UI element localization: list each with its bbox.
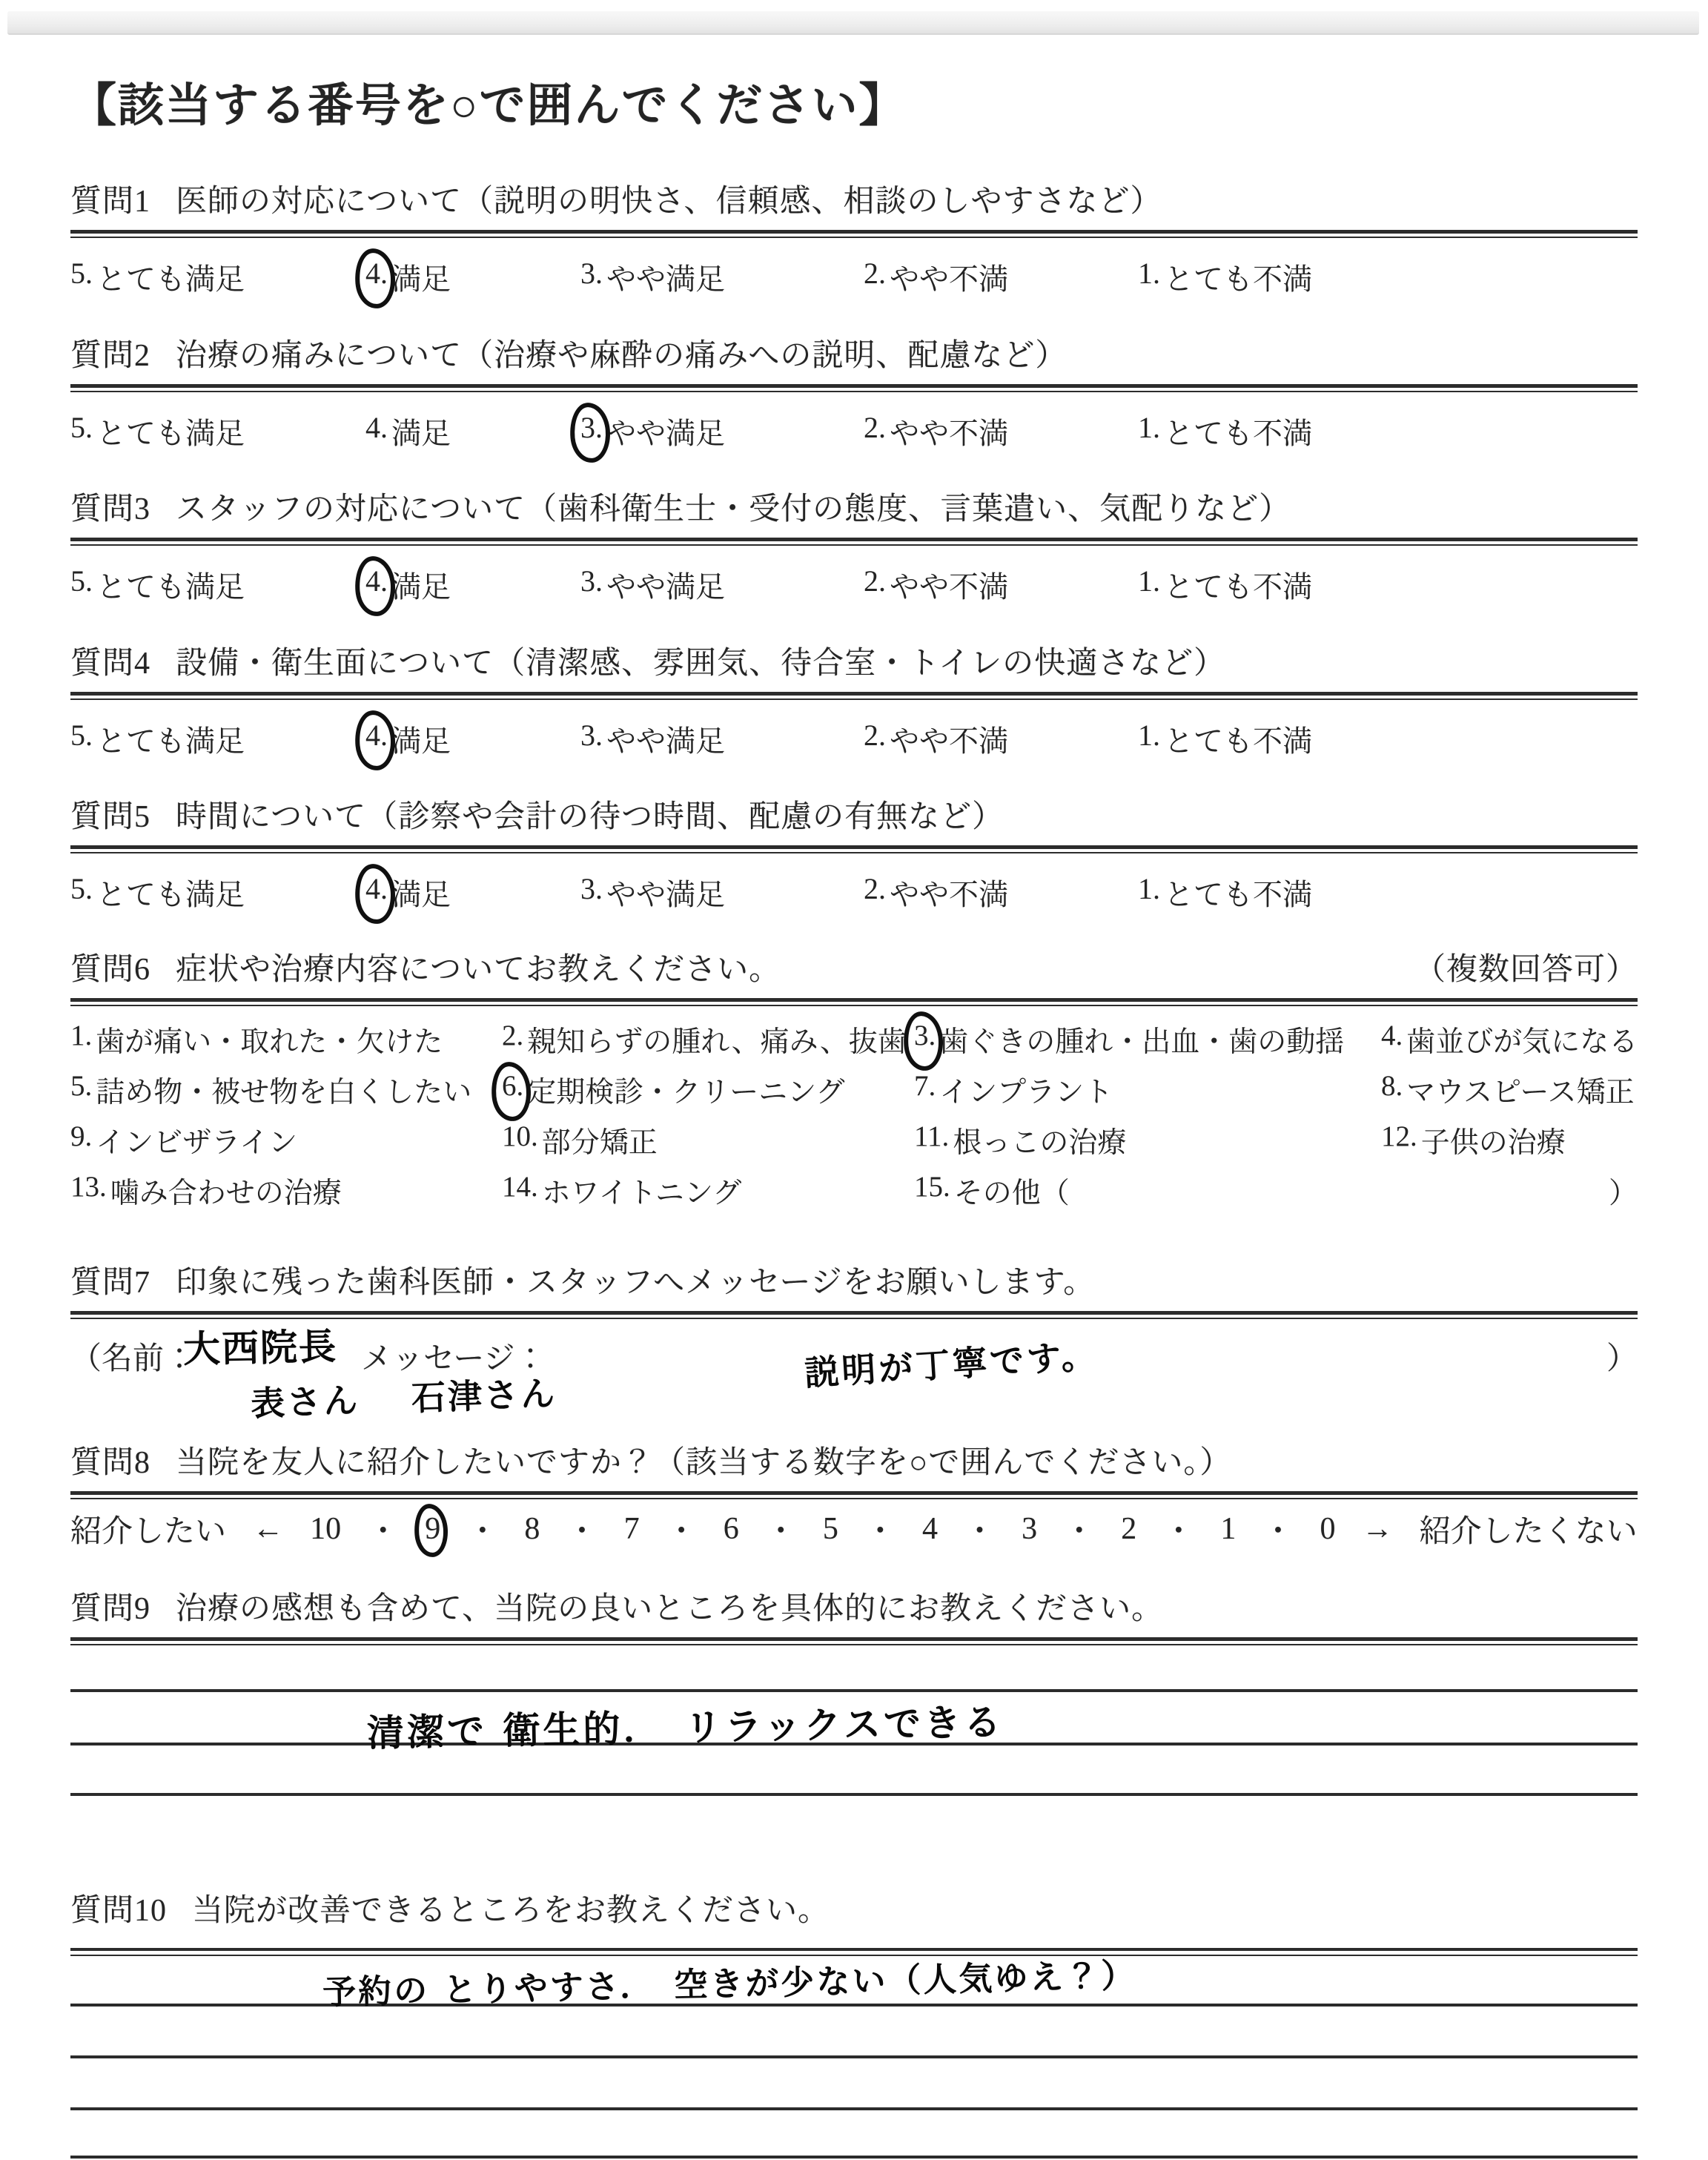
- option-label: ホワイトニング: [542, 1170, 742, 1212]
- nps-number: 7: [624, 1511, 640, 1547]
- rating-option: 5.とても満足: [70, 871, 245, 914]
- option-label: 子供の治療: [1421, 1120, 1566, 1161]
- checkbox-option: 1.歯が痛い・取れた・欠けた: [70, 1019, 443, 1060]
- option-number: 1.: [1138, 410, 1160, 452]
- option-label: 歯並びが気になる: [1406, 1019, 1638, 1060]
- question-5-heading: 質問5 時間について（診察や会計の待つ時間、配慮の有無など）: [70, 795, 1638, 836]
- rating-option-selected: 4.満足: [365, 718, 451, 760]
- question-4-label: 質問4: [70, 638, 150, 683]
- question-8-text: 当院を友人に紹介したいですか？（該当する数字を○で囲んでください。）: [176, 1438, 1231, 1482]
- option-number: 4.: [1381, 1019, 1403, 1060]
- hand-circle-mark: 3.: [580, 410, 603, 452]
- option-number: 14.: [502, 1170, 538, 1212]
- q1-rating-row: 5.とても満足 4.満足 3.やや満足 2.やや不満 1.とても不満: [70, 256, 1638, 300]
- scan-artifact-band: [7, 11, 1699, 35]
- rating-option: 1.とても不満: [1138, 718, 1312, 760]
- answer-line: [70, 2004, 1638, 2007]
- option-label: 噛み合わせの治療: [110, 1170, 342, 1212]
- question-rule: [70, 998, 1638, 1006]
- q6-options-grid: 1.歯が痛い・取れた・欠けた 2.親知らずの腫れ、痛み、抜歯 3.歯ぐきの腫れ・…: [70, 1019, 1638, 1221]
- option-number: 13.: [70, 1170, 107, 1212]
- question-10-heading: 質問10 当院が改善できるところをお教えください。: [70, 1889, 1638, 1930]
- checkbox-option: 9.インビザライン: [70, 1120, 297, 1161]
- option-number: 15.: [914, 1170, 950, 1212]
- question-1-heading: 質問1 医師の対応について（説明の明快さ、信頼感、相談のしやすさなど）: [70, 179, 1638, 221]
- checkbox-option: 13.噛み合わせの治療: [70, 1170, 342, 1212]
- option-number: 3.: [580, 564, 603, 606]
- checkbox-option-other: 15.その他（: [914, 1170, 1070, 1212]
- answer-line: [70, 2156, 1638, 2159]
- question-3-text: スタッフの対応について（歯科衛生士・受付の態度、言葉遣い、気配りなど）: [176, 484, 1291, 529]
- question-6-label: 質問6: [70, 945, 150, 989]
- question-7-heading: 質問7 印象に残った歯科医師・スタッフへメッセージをお願いします。: [70, 1261, 1638, 1302]
- option-number: 2.: [502, 1019, 523, 1060]
- checkbox-option-selected: 3.歯ぐきの腫れ・出血・歯の動揺: [914, 1019, 1344, 1060]
- question-10-label: 質問10: [70, 1886, 167, 1930]
- checkbox-option: 7.インプラント: [914, 1069, 1113, 1111]
- option-number: 5.: [70, 718, 93, 760]
- question-9-text: 治療の感想も含めて、当院の良いところを具体的にお教えください。: [176, 1584, 1163, 1628]
- nps-number: 6: [724, 1511, 739, 1547]
- checkbox-option: 12.子供の治療: [1381, 1120, 1566, 1161]
- name-field-label: （名前：: [70, 1334, 195, 1378]
- rating-option: 5.とても満足: [70, 410, 245, 452]
- option-label: 部分矯正: [542, 1120, 658, 1161]
- option-number: 4.: [365, 410, 388, 452]
- option-number: 3.: [580, 871, 603, 914]
- rating-option-selected: 4.満足: [365, 564, 451, 606]
- option-number: 9.: [70, 1120, 92, 1161]
- question-1-section: 質問1 医師の対応について（説明の明快さ、信頼感、相談のしやすさなど） 5.とて…: [70, 179, 1638, 300]
- q5-rating-row: 5.とても満足 4.満足 3.やや満足 2.やや不満 1.とても不満: [70, 871, 1638, 916]
- option-label: やや不満: [890, 256, 1008, 298]
- q2-rating-row: 5.とても満足 4.満足 3.やや満足 2.やや不満 1.とても不満: [70, 410, 1638, 455]
- option-number: 1.: [1138, 718, 1160, 760]
- separator-dot: ・: [1163, 1507, 1194, 1551]
- option-number: 10.: [502, 1120, 538, 1161]
- option-label: とても満足: [96, 564, 245, 606]
- option-number: 5.: [70, 871, 93, 914]
- rating-option: 3.やや満足: [580, 564, 725, 606]
- rating-option-selected: 4.満足: [365, 871, 451, 914]
- option-number: 2.: [864, 410, 886, 452]
- question-rule: [70, 538, 1638, 546]
- option-label: やや満足: [606, 256, 725, 298]
- question-4-text: 設備・衛生面について（清潔感、雰囲気、待合室・トイレの快適さなど）: [176, 638, 1225, 683]
- option-number: 1.: [1138, 256, 1160, 298]
- option-number: 11.: [914, 1120, 949, 1161]
- option-label: とても不満: [1164, 871, 1312, 914]
- question-8-section: 質問8 当院を友人に紹介したいですか？（該当する数字を○で囲んでください。） 紹…: [70, 1441, 1638, 1551]
- answer-line: [70, 1793, 1638, 1796]
- option-label: やや満足: [606, 718, 725, 760]
- option-number: 7.: [914, 1069, 936, 1111]
- option-label: インプラント: [939, 1069, 1113, 1111]
- option-label: インビザライン: [96, 1120, 297, 1161]
- rating-option: 3.やや満足: [580, 871, 725, 914]
- rating-option: 2.やや不満: [864, 256, 1008, 298]
- hand-circle-mark: 4.: [365, 718, 388, 760]
- option-number: 5.: [70, 564, 93, 606]
- option-number: 1.: [70, 1019, 92, 1060]
- question-5-label: 質問5: [70, 792, 150, 836]
- hand-circle-mark: 6.: [502, 1069, 523, 1111]
- question-rule: [70, 1491, 1638, 1499]
- rating-option: 3.やや満足: [580, 718, 725, 760]
- question-2-text: 治療の痛みについて（治療や麻酔の痛みへの説明、配慮など）: [176, 331, 1067, 375]
- question-4-section: 質問4 設備・衛生面について（清潔感、雰囲気、待合室・トイレの快適さなど） 5.…: [70, 641, 1638, 762]
- separator-dot: ・: [467, 1507, 498, 1551]
- nps-number: 4: [922, 1511, 938, 1547]
- nps-number: 5: [823, 1511, 838, 1547]
- q3-rating-row: 5.とても満足 4.満足 3.やや満足 2.やや不満 1.とても不満: [70, 564, 1638, 608]
- hand-circle-mark: 4.: [365, 564, 388, 606]
- nps-number: 8: [524, 1511, 540, 1547]
- nps-number: 2: [1121, 1511, 1136, 1547]
- answer-line: [70, 1689, 1638, 1692]
- option-number: 3.: [580, 718, 603, 760]
- rating-option: 5.とても満足: [70, 256, 245, 298]
- option-label: 親知らずの腫れ、痛み、抜歯: [527, 1019, 907, 1060]
- rating-option: 1.とても不満: [1138, 256, 1312, 298]
- option-label: とても満足: [96, 718, 245, 760]
- question-4-heading: 質問4 設備・衛生面について（清潔感、雰囲気、待合室・トイレの快適さなど）: [70, 641, 1638, 683]
- option-label: 満足: [391, 256, 451, 298]
- nps-number: 0: [1320, 1511, 1336, 1547]
- rating-option: 2.やや不満: [864, 564, 1008, 606]
- separator-dot: ・: [864, 1507, 896, 1551]
- nps-number: 10: [310, 1511, 341, 1547]
- survey-form-page: 【該当する番号を○で囲んでください】 質問1 医師の対応について（説明の明快さ、…: [0, 0, 1708, 2160]
- option-label: 満足: [391, 410, 451, 452]
- rating-option: 2.やや不満: [864, 718, 1008, 760]
- rating-option: 1.とても不満: [1138, 410, 1312, 452]
- nps-right-label: 紹介したくない: [1420, 1507, 1638, 1551]
- question-5-section: 質問5 時間について（診察や会計の待つ時間、配慮の有無など） 5.とても満足 4…: [70, 795, 1638, 916]
- question-9-heading: 質問9 治療の感想も含めて、当院の良いところを具体的にお教えください。: [70, 1587, 1638, 1628]
- rating-option-selected: 3.やや満足: [580, 410, 725, 452]
- nps-scale-row: 紹介したい ← 10 ・ 9 ・ 8 ・ 7 ・ 6 ・ 5 ・ 4 ・ 3 ・…: [70, 1507, 1638, 1551]
- question-3-section: 質問3 スタッフの対応について（歯科衛生士・受付の態度、言葉遣い、気配りなど） …: [70, 487, 1638, 608]
- question-8-label: 質問8: [70, 1438, 150, 1482]
- q6-row-2: 5.詰め物・被せ物を白くしたい 6.定期検診・クリーニング 7.インプラント 8…: [70, 1069, 1638, 1120]
- checkbox-option: 5.詰め物・被せ物を白くしたい: [70, 1069, 471, 1111]
- option-label: とても不満: [1164, 410, 1312, 452]
- option-label: やや不満: [890, 718, 1008, 760]
- nps-number: 1: [1220, 1511, 1236, 1547]
- separator-dot: ・: [368, 1507, 399, 1551]
- option-number: 2.: [864, 718, 886, 760]
- rating-option: 2.やや不満: [864, 871, 1008, 914]
- hand-circle-mark: 4.: [365, 256, 388, 298]
- hand-circle-mark: 4.: [365, 871, 388, 914]
- separator-dot: ・: [666, 1507, 697, 1551]
- question-6-heading: 質問6 症状や治療内容についてお教えください。 （複数回答可）: [70, 948, 1638, 989]
- separator-dot: ・: [765, 1507, 796, 1551]
- option-label: とても満足: [96, 410, 245, 452]
- question-6-text: 症状や治療内容についてお教えください。: [176, 945, 781, 989]
- option-label: 定期検診・クリーニング: [527, 1069, 844, 1111]
- question-2-section: 質問2 治療の痛みについて（治療や麻酔の痛みへの説明、配慮など） 5.とても満足…: [70, 334, 1638, 455]
- rating-option-selected: 4.満足: [365, 256, 451, 298]
- question-7-text: 印象に残った歯科医師・スタッフへメッセージをお願いします。: [176, 1258, 1095, 1302]
- separator-dot: ・: [1064, 1507, 1095, 1551]
- question-8-heading: 質問8 当院を友人に紹介したいですか？（該当する数字を○で囲んでください。）: [70, 1441, 1638, 1482]
- question-1-text: 医師の対応について（説明の明快さ、信頼感、相談のしやすさなど）: [176, 176, 1162, 221]
- option-number: 2.: [864, 256, 886, 298]
- question-6-note: （複数回答可）: [1414, 945, 1638, 989]
- option-label: 根っこの治療: [953, 1120, 1126, 1161]
- hand-circle-mark: 9: [425, 1511, 440, 1547]
- question-10-text: 当院が改善できるところをお教えください。: [192, 1886, 830, 1930]
- option-label: とても満足: [96, 256, 245, 298]
- option-label: やや不満: [890, 871, 1008, 914]
- option-label: やや不満: [890, 564, 1008, 606]
- rating-option: 3.やや満足: [580, 256, 725, 298]
- option-label: とても満足: [96, 871, 245, 914]
- q6-row-1: 1.歯が痛い・取れた・欠けた 2.親知らずの腫れ、痛み、抜歯 3.歯ぐきの腫れ・…: [70, 1019, 1638, 1069]
- option-number: 12.: [1381, 1120, 1417, 1161]
- handwritten-staff-names: 表さん 石津さん: [250, 1367, 557, 1426]
- rating-option: 1.とても不満: [1138, 564, 1312, 606]
- option-label: とても不満: [1164, 718, 1312, 760]
- separator-dot: ・: [1262, 1507, 1294, 1551]
- option-number: 3.: [580, 256, 603, 298]
- rating-option: 2.やや不満: [864, 410, 1008, 452]
- question-rule: [70, 384, 1638, 392]
- right-arrow-icon: →: [1362, 1511, 1393, 1547]
- option-label: やや不満: [890, 410, 1008, 452]
- question-rule: [70, 845, 1638, 853]
- q4-rating-row: 5.とても満足 4.満足 3.やや満足 2.やや不満 1.とても不満: [70, 718, 1638, 762]
- checkbox-option: 10.部分矯正: [502, 1120, 658, 1161]
- option-label: やや満足: [606, 564, 725, 606]
- nps-left-label: 紹介したい: [70, 1507, 226, 1551]
- hand-circle-mark: 3.: [914, 1019, 936, 1060]
- handwritten-staff-2: 石津さん: [411, 1367, 557, 1421]
- question-rule: [70, 692, 1638, 700]
- option-number: 2.: [864, 564, 886, 606]
- answer-line: [70, 2107, 1638, 2110]
- handwritten-q9-answer: 清潔で 衛生的． リラックスできる: [366, 1693, 1004, 1757]
- option-number: 1.: [1138, 871, 1160, 914]
- question-7-label: 質問7: [70, 1258, 150, 1302]
- option-label: 歯が痛い・取れた・欠けた: [96, 1019, 443, 1060]
- q6-row-3: 9.インビザライン 10.部分矯正 11.根っこの治療 12.子供の治療: [70, 1120, 1638, 1170]
- question-rule: [70, 230, 1638, 238]
- option-label: 満足: [391, 564, 451, 606]
- question-3-label: 質問3: [70, 484, 150, 529]
- other-close-paren: ）: [1609, 1170, 1638, 1212]
- option-label: やや満足: [606, 410, 725, 452]
- option-number: 1.: [1138, 564, 1160, 606]
- option-number: 5.: [70, 1069, 92, 1111]
- option-label: 満足: [391, 718, 451, 760]
- option-label: その他（: [954, 1170, 1070, 1212]
- question-rule: [70, 1637, 1638, 1645]
- question-2-heading: 質問2 治療の痛みについて（治療や麻酔の痛みへの説明、配慮など）: [70, 334, 1638, 375]
- question-10-section: 質問10 当院が改善できるところをお教えください。 予約の とりやすさ． 空きが…: [70, 1889, 1638, 2160]
- checkbox-option: 2.親知らずの腫れ、痛み、抜歯: [502, 1019, 907, 1060]
- page-title: 【該当する番号を○で囲んでください】: [70, 68, 906, 134]
- question-2-label: 質問2: [70, 331, 150, 375]
- question-9-label: 質問9: [70, 1584, 150, 1628]
- question-6-section: 質問6 症状や治療内容についてお教えください。 （複数回答可） 1.歯が痛い・取…: [70, 948, 1638, 1221]
- rating-option: 1.とても不満: [1138, 871, 1312, 914]
- separator-dot: ・: [964, 1507, 996, 1551]
- question-7-section: 質問7 印象に残った歯科医師・スタッフへメッセージをお願いします。 （名前： メ…: [70, 1261, 1638, 1439]
- option-label: 歯ぐきの腫れ・出血・歯の動揺: [939, 1019, 1344, 1060]
- option-number: 2.: [864, 871, 886, 914]
- handwritten-staff-1: 表さん: [250, 1373, 360, 1426]
- option-number: 5.: [70, 410, 93, 452]
- question-3-heading: 質問3 スタッフの対応について（歯科衛生士・受付の態度、言葉遣い、気配りなど）: [70, 487, 1638, 529]
- option-label: やや満足: [606, 871, 725, 914]
- checkbox-option-selected: 6.定期検診・クリーニング: [502, 1069, 844, 1111]
- option-label: 満足: [391, 871, 451, 914]
- left-arrow-icon: ←: [253, 1511, 284, 1547]
- rating-option: 5.とても満足: [70, 718, 245, 760]
- question-5-text: 時間について（診察や会計の待つ時間、配慮の有無など）: [176, 792, 1004, 836]
- checkbox-option: 4.歯並びが気になる: [1381, 1019, 1638, 1060]
- checkbox-option: 11.根っこの治療: [914, 1120, 1126, 1161]
- handwritten-name: 大西院長: [182, 1317, 337, 1373]
- handwritten-message: 説明が丁寧です。: [803, 1329, 1099, 1396]
- nps-number: 3: [1022, 1511, 1037, 1547]
- q6-row-4: 13.噛み合わせの治療 14.ホワイトニング 15.その他（ ）: [70, 1170, 1638, 1221]
- close-paren: ）: [1606, 1334, 1638, 1378]
- option-number: 8.: [1381, 1069, 1403, 1111]
- option-label: 詰め物・被せ物を白くしたい: [96, 1069, 471, 1111]
- rating-option: 4.満足: [365, 410, 451, 452]
- option-label: とても不満: [1164, 256, 1312, 298]
- option-label: とても不満: [1164, 564, 1312, 606]
- question-1-label: 質問1: [70, 176, 150, 221]
- option-label: マウスピース矯正: [1406, 1069, 1634, 1111]
- checkbox-option: 14.ホワイトニング: [502, 1170, 741, 1212]
- question-9-section: 質問9 治療の感想も含めて、当院の良いところを具体的にお教えください。 清潔で …: [70, 1587, 1638, 1809]
- option-number: 5.: [70, 256, 93, 298]
- answer-line: [70, 2055, 1638, 2058]
- rating-option: 5.とても満足: [70, 564, 245, 606]
- checkbox-option: 8.マウスピース矯正: [1381, 1069, 1635, 1111]
- separator-dot: ・: [566, 1507, 598, 1551]
